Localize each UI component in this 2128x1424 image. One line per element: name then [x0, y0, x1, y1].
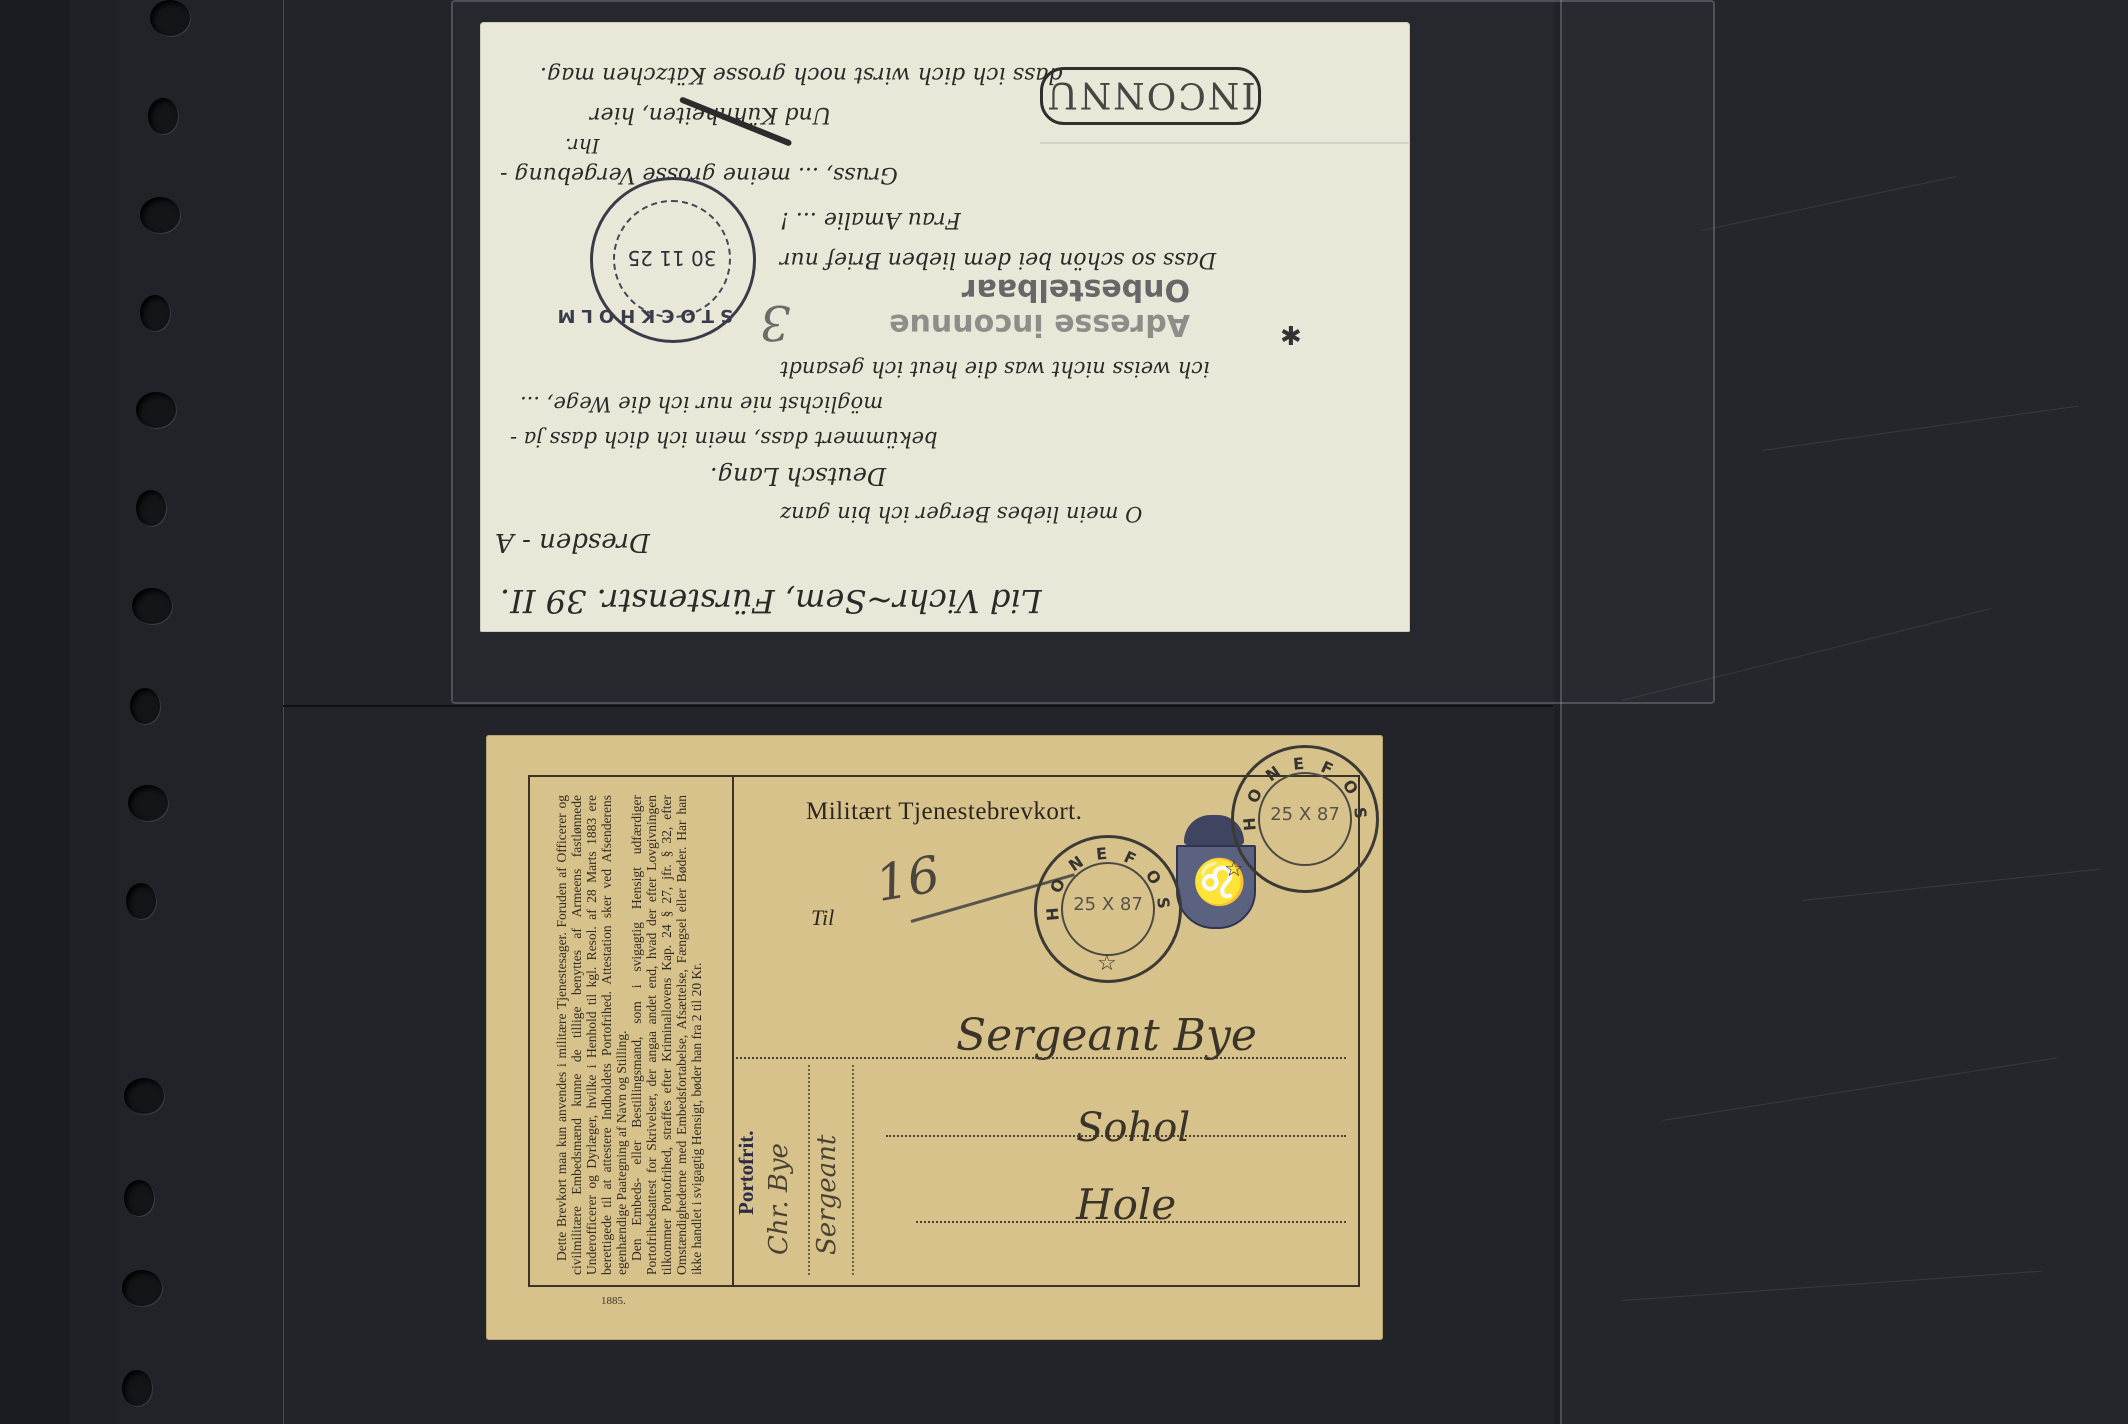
handwriting-line: Deutsch Lang.	[710, 462, 886, 490]
stockholm-postmark: 30 11 25 STOCKHOLM	[590, 177, 756, 343]
address-dotted-line	[886, 1135, 1346, 1137]
binder-hole	[126, 883, 156, 919]
honefos-cancellation: 25 X 87 HONEFOS ☆	[1231, 745, 1379, 893]
sender-dotted-line	[808, 1065, 810, 1275]
handwriting-line: Frau Amalie ... !	[780, 207, 961, 232]
handwriting-line: Ihr.	[565, 134, 600, 158]
inconnu-handstamp: INCONNU	[1040, 67, 1261, 125]
postmark-town: STOCKHOLM	[573, 305, 733, 326]
address-line: Lid Vichr~Sem, Fürstenstr. 39 II.	[500, 582, 1042, 620]
asterisk-mark: ✱	[1280, 322, 1302, 352]
binder-hole	[122, 1270, 162, 1306]
binder-hole-column	[118, 0, 283, 1424]
binder-hole	[124, 1078, 164, 1114]
binder-hole	[148, 98, 178, 134]
handwriting-line: Dresden - A	[495, 527, 650, 557]
address-place: Sohol	[1076, 1105, 1190, 1151]
binder-hole	[136, 490, 166, 526]
sender-name: Chr. Bye	[764, 1143, 794, 1255]
handwriting-line: O mein liebes Berger ich bin ganz	[780, 502, 1142, 526]
sender-rank: Sergeant	[812, 1135, 842, 1255]
address-dotted-line	[916, 1221, 1346, 1223]
binder-hole	[132, 588, 172, 624]
year-imprint: 1885.	[601, 1295, 626, 1307]
pencil-annotation: 3	[760, 294, 791, 350]
rules-paragraph: Den Embeds- eller Bestillingsmand, som i…	[629, 795, 704, 1275]
handwriting-line: ich weiss nicht was die heut ich gesandt	[780, 357, 1210, 381]
military-service-postcard[interactable]: Dette Brevkort maa kun anvendes i militæ…	[486, 735, 1383, 1340]
binder-hole	[136, 392, 176, 428]
address-name: Sergeant Bye	[956, 1010, 1257, 1061]
postmark-date: 30 11 25	[615, 246, 729, 270]
rules-paragraph: Dette Brevkort maa kun anvendes i militæ…	[554, 795, 629, 1275]
album-binding-strip	[70, 0, 119, 1424]
sender-dotted-line	[852, 1065, 854, 1275]
handwriting-line: dass ich dich wirst noch grosse Kätzchen…	[540, 62, 1062, 87]
handwriting-line: bekümmert dass, mein ich dich dass ja -	[510, 427, 937, 451]
binder-hole	[128, 785, 168, 821]
binder-hole	[140, 295, 170, 331]
usage-rules-panel: Dette Brevkort maa kun anvendes i militæ…	[536, 790, 721, 1280]
honefos-cancellation: 25 X 87 HONEFOS ☆	[1034, 835, 1182, 983]
star-icon: ☆	[1097, 950, 1117, 976]
binder-hole	[124, 1180, 154, 1216]
binder-hole	[140, 197, 180, 233]
handwriting-line: möglichst nie nur ich die Wege, ...	[520, 392, 883, 416]
handwriting-line: Dass so schön bei dem lieben Brief nur	[780, 247, 1216, 272]
cancel-town-ring: HONEFOS	[1234, 748, 1376, 890]
envelope-cover[interactable]: dass ich dich wirst noch grosse Kätzchen…	[480, 22, 1410, 632]
address-dotted-line	[736, 1057, 1346, 1059]
binder-hole	[122, 1370, 152, 1406]
card-title: Militært Tjenestebrevkort.	[806, 798, 1082, 826]
star-icon: ☆	[1224, 856, 1244, 882]
handwritten-number: 16	[871, 845, 944, 913]
binder-hole	[150, 0, 190, 36]
til-label: Til	[811, 905, 834, 931]
portofrit-label: Portofrit.	[734, 1055, 759, 1215]
postmark-inner-ring: 30 11 25	[613, 200, 731, 318]
binder-hole	[130, 688, 160, 724]
undeliverable-handstamp: Adresse inconnue Onbestelbaar	[770, 272, 1190, 342]
